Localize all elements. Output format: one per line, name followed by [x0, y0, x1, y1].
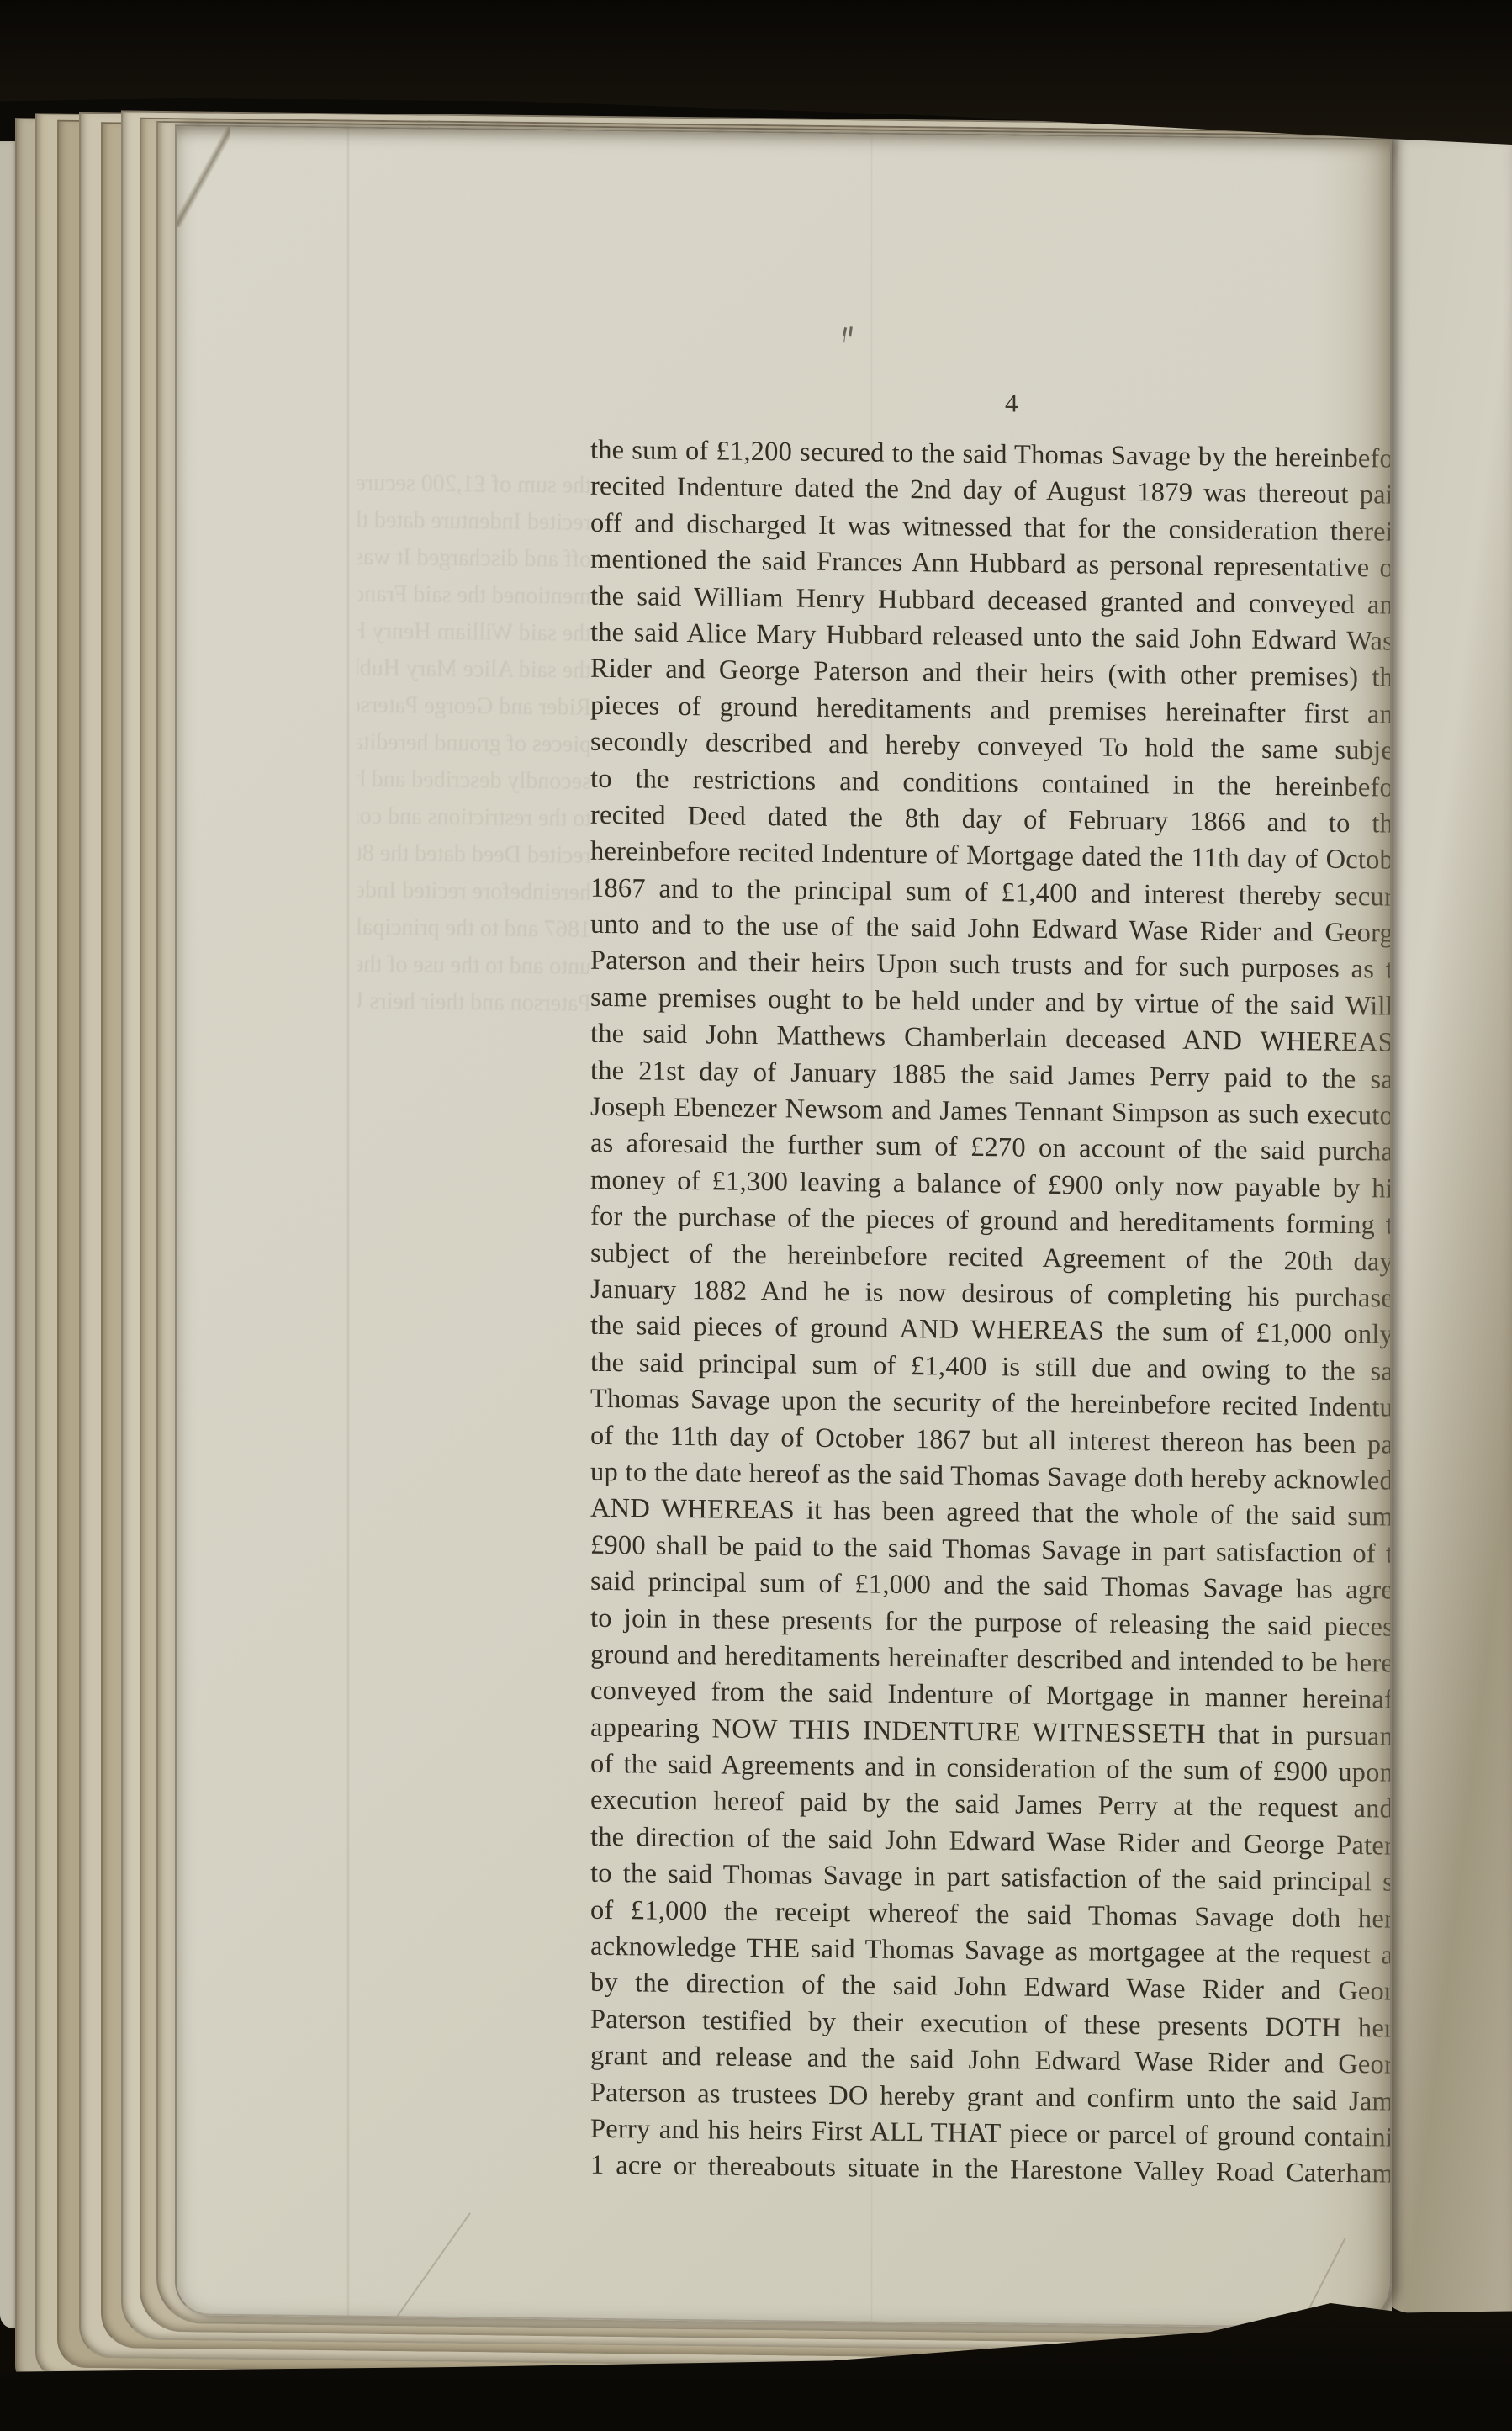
bleedthrough-text: the sum of £1,200 secured to the said Th…: [357, 465, 591, 1027]
bleedthrough-line: hereinbefore recited Indenture of Mortga…: [357, 872, 591, 912]
bleedthrough-line: Rider and George Paterson and their heir…: [357, 687, 591, 727]
page-corner-crease: [177, 126, 230, 228]
document-page: the sum of £1,200 secured to the said Th…: [175, 124, 1392, 2328]
bleedthrough-line: 1867 and to the principal sum of £1,400 …: [357, 909, 591, 949]
adjacent-page-surface: [1374, 126, 1512, 2313]
bleedthrough-line: the said William Henry Hubbard deceased …: [357, 613, 591, 653]
bleedthrough-line: pieces of ground hereditaments and premi…: [357, 724, 591, 764]
vertical-crease: [346, 128, 350, 2315]
bleedthrough-line: unto and to the use of the said John Edw…: [357, 946, 591, 986]
bleedthrough-line: Paterson and their heirs Upon such trust…: [357, 983, 591, 1023]
deed-text: the sum of £1,200 secured to the said Th…: [590, 432, 1392, 2194]
bleedthrough-line: to the restrictions and conditions conta…: [357, 798, 591, 838]
book-leaf-stack: the sum of £1,200 secured to the said Th…: [15, 104, 1392, 2403]
bleedthrough-line: off and discharged It was witnessed that…: [357, 539, 591, 579]
bleedthrough-line: the sum of £1,200 secured to the said Th…: [357, 465, 591, 505]
page-number: 4: [1005, 388, 1019, 418]
bleedthrough-line: mentioned the said Frances Ann Hubbard a…: [357, 576, 591, 616]
diagonal-crease: [380, 2212, 471, 2328]
bleedthrough-line: the said Alice Mary Hubbard released unt…: [357, 650, 591, 690]
book-photograph: the sum of £1,200 secured to the said Th…: [0, 0, 1512, 2431]
page-curvature-shadow: [1313, 140, 1390, 2328]
outer-leaf-edge: [0, 141, 17, 2328]
bleedthrough-line: secondly described and hereby conveyed T…: [357, 761, 591, 801]
ink-speck: [841, 326, 856, 338]
bleedthrough-line: recited Indenture dated the 2nd day of A…: [357, 502, 591, 542]
bleedthrough-line: recited Deed dated the 8th day of Februa…: [357, 835, 591, 875]
